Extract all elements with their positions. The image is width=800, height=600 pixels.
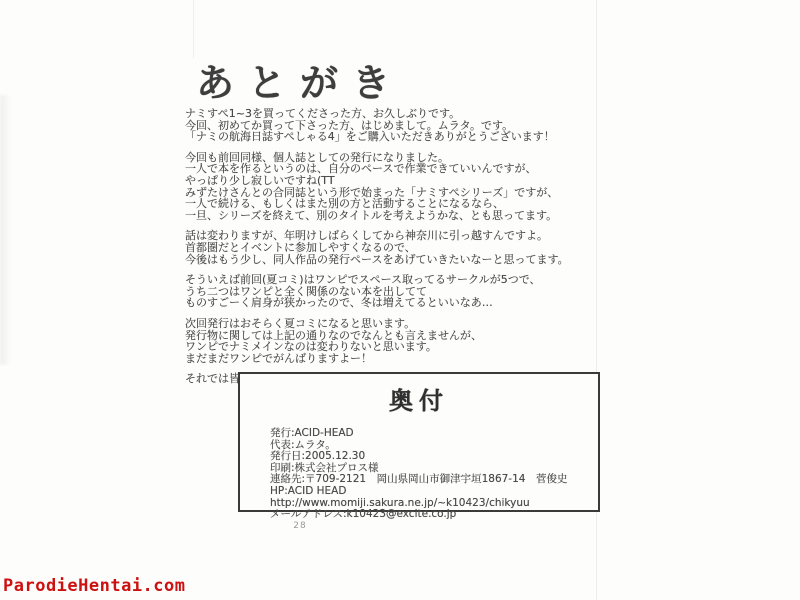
watermark-text: ParodieHentai.com: [3, 576, 186, 596]
colophon-entries: 発行:ACID-HEAD 代表:ムラタ。 発行日:2005.12.30 印刷:株…: [270, 428, 598, 521]
colophon-line-homepage: HP:ACID HEAD http://www.momiji.sakura.ne…: [270, 486, 598, 509]
scan-binding-smudge: [0, 95, 12, 365]
afterword-paragraph: 次回発行はおそらく夏コミになると思います。 発行物に関しては上記の通りなのでなん…: [185, 318, 615, 364]
afterword-paragraph: 話は変わりますが、年明けしばらくしてから神奈川に引っ越すんですよ。 首都圏だとイ…: [185, 230, 615, 265]
page-title: あとがき: [0, 52, 600, 107]
colophon-title: 奥付: [240, 381, 598, 416]
page-number: 28: [0, 521, 600, 531]
afterword-paragraph: 今回も前回同様、個人誌としての発行になりました。 一人で本を作るというのは、自分…: [185, 152, 615, 222]
afterword-text: ナミすぺ1~3を買ってくださった方、お久しぶりです。 今回、初めてか買って下さっ…: [185, 108, 615, 394]
afterword-paragraph: そういえば前回(夏コミ)はワンピでスペース取ってるサークルが5つで、 うち二つは…: [185, 274, 615, 309]
colophon-line-publisher: 発行:ACID-HEAD: [270, 428, 598, 440]
scanned-page: あとがき ナミすぺ1~3を買ってくださった方、お久しぶりです。 今回、初めてか買…: [0, 0, 800, 600]
colophon-line-email: メールアドレス:k10423@excite.co.jp: [270, 509, 598, 521]
colophon-box: 奥付 発行:ACID-HEAD 代表:ムラタ。 発行日:2005.12.30 印…: [238, 372, 600, 512]
afterword-paragraph: ナミすぺ1~3を買ってくださった方、お久しぶりです。 今回、初めてか買って下さっ…: [185, 108, 615, 143]
scan-page-edge-left: [193, 0, 194, 58]
